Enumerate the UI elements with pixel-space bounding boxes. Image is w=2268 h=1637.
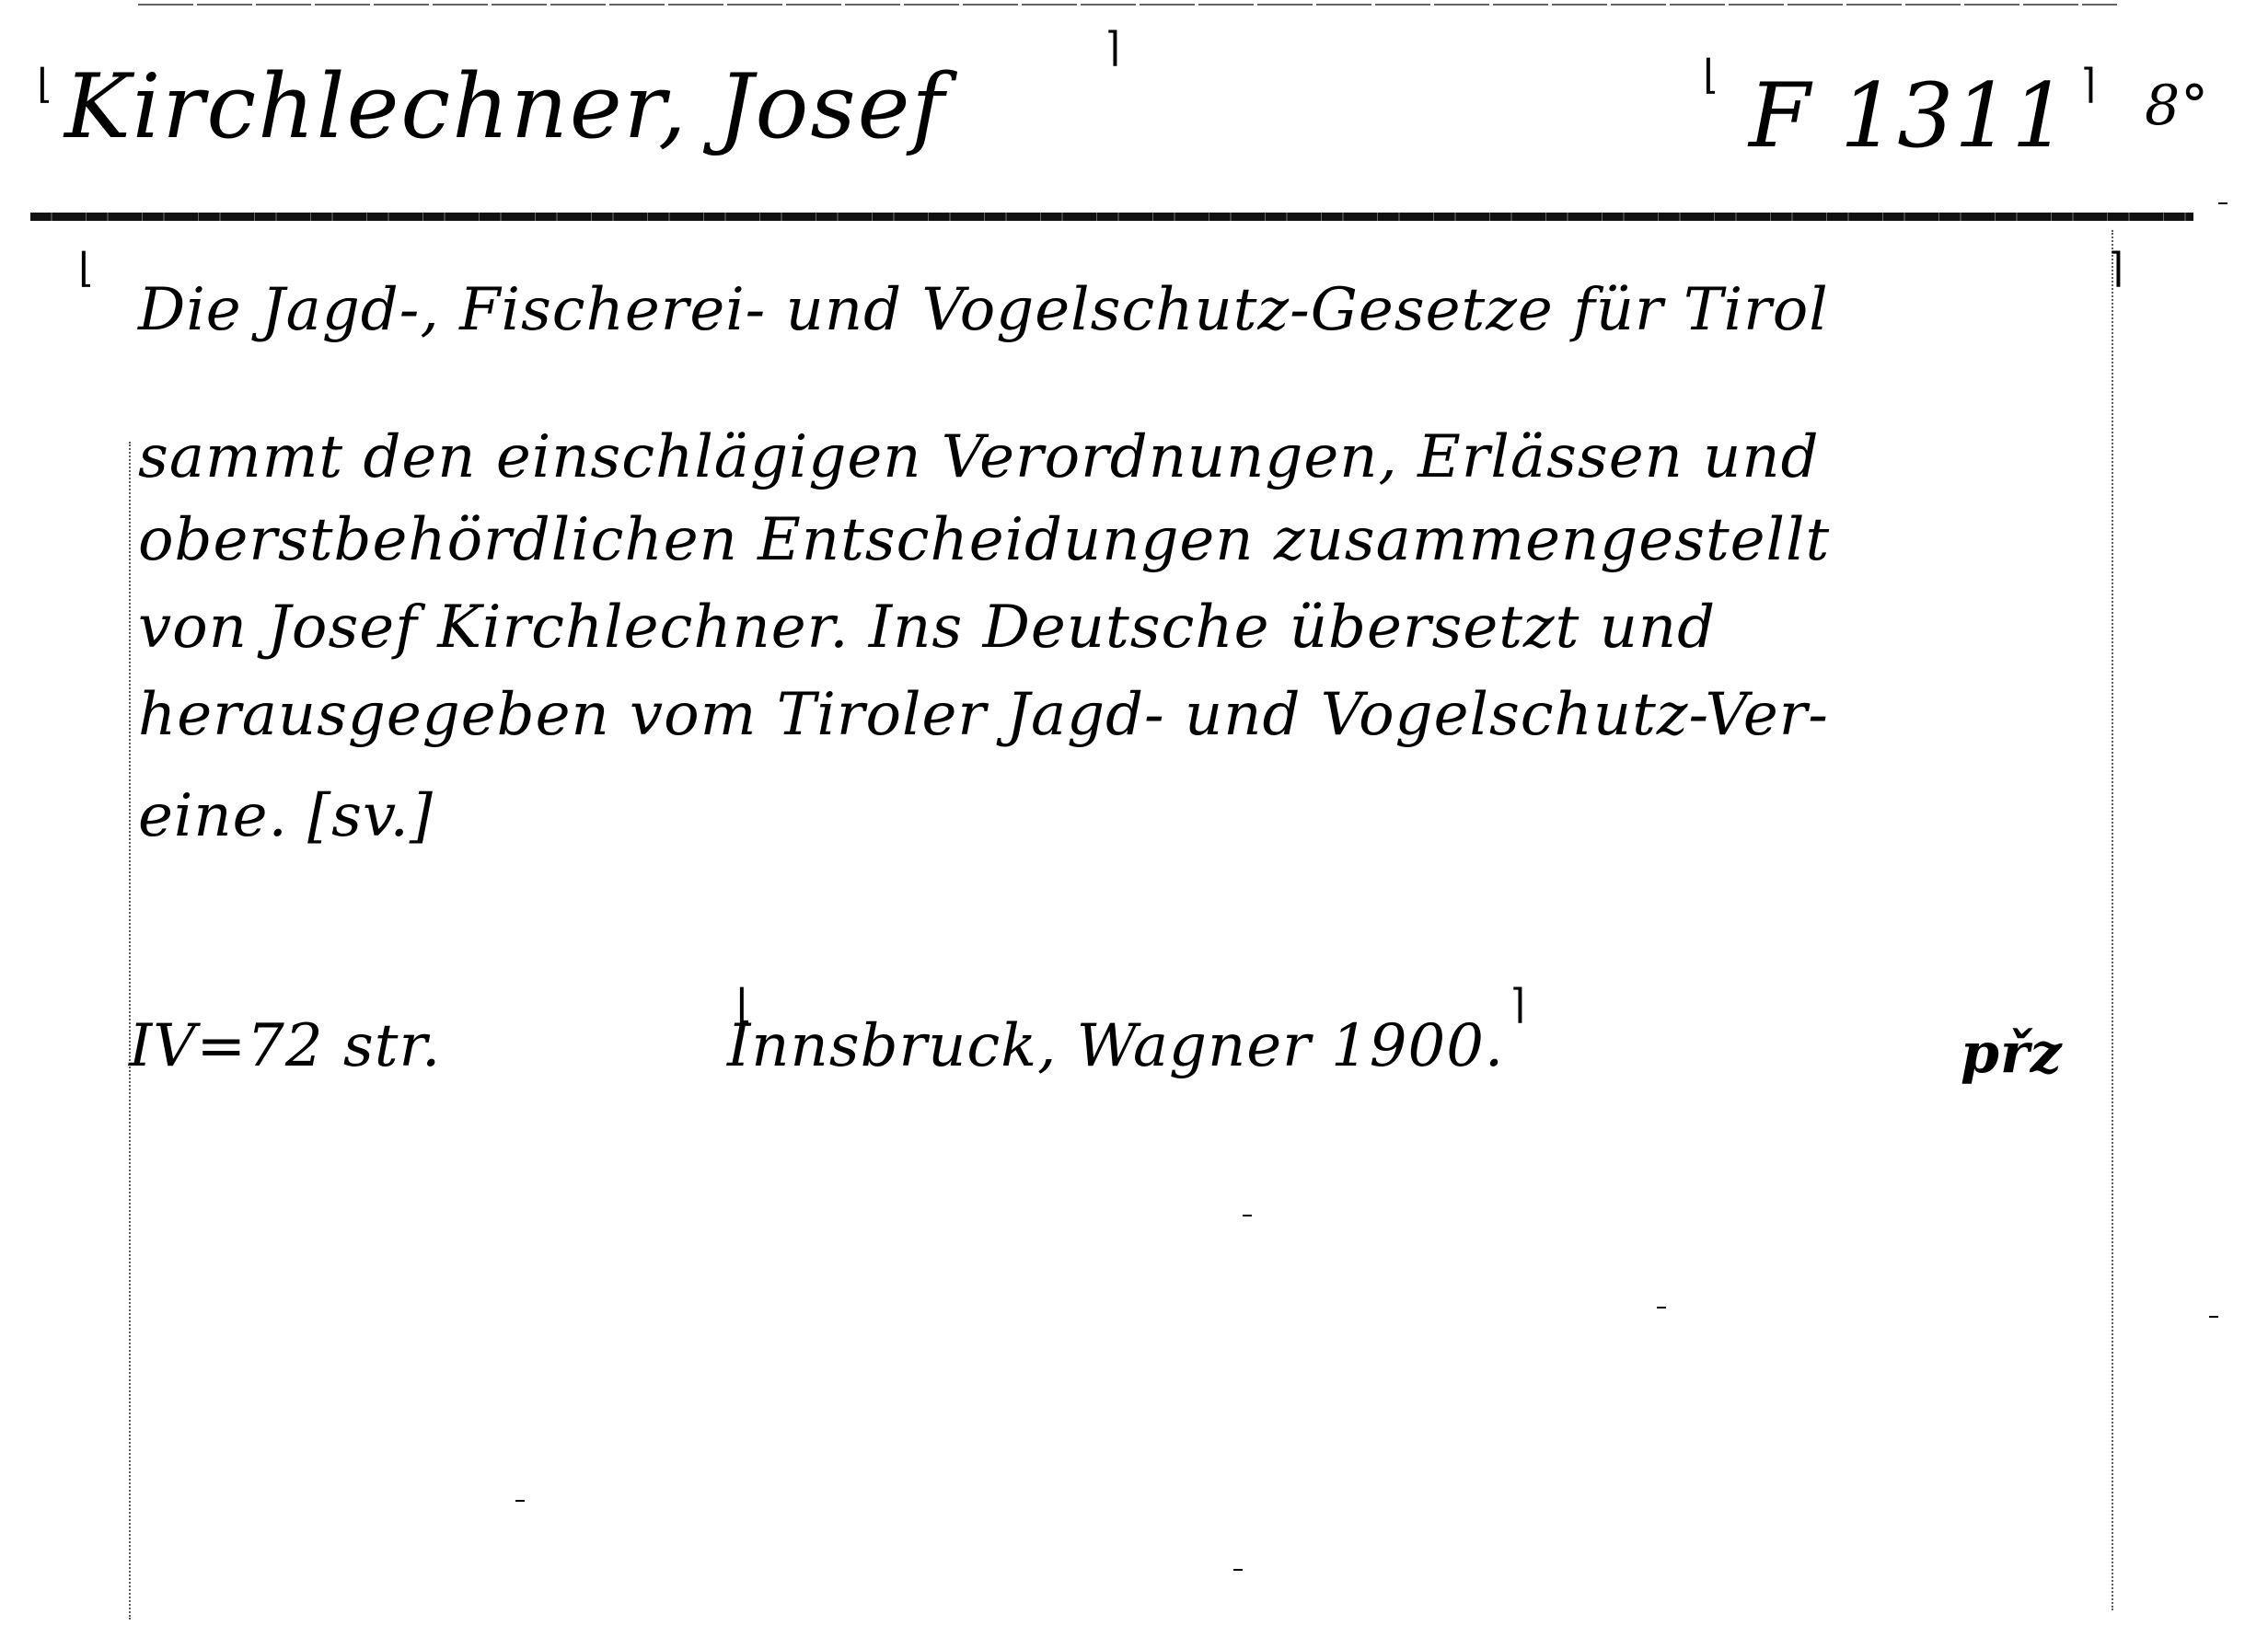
imprint-publisher: Wagner (1077, 1012, 1312, 1080)
format-size: 8° (2145, 74, 2209, 138)
scan-speck (2209, 1316, 2218, 1318)
title-line-3: oberstbehördlichen Entscheidungen zusamm… (138, 506, 1830, 574)
title-line-6: eine. [sv.] (138, 782, 434, 850)
close-bracket-mark: ⌉ (2080, 64, 2096, 105)
right-margin-dots (2112, 230, 2113, 1610)
imprint: Innsbruck, Wagner 1900. (727, 1012, 1504, 1080)
catalog-card: ⌊ Kirchlechner, Josef ⌉ ⌊ F 1311 ⌉ 8° ⌊ … (0, 0, 2268, 1637)
imprint-place: Innsbruck, (727, 1012, 1057, 1080)
top-border-rule (138, 4, 2117, 6)
open-bracket-mark: ⌊ (78, 248, 94, 289)
scan-speck (1243, 1215, 1252, 1216)
open-bracket-mark: ⌊ (1703, 55, 1718, 96)
author-heading: Kirchlechner, Josef (64, 55, 946, 158)
imprint-year: 1900. (1331, 1012, 1504, 1080)
scan-speck (515, 1500, 525, 1502)
shelfmark: F 1311 (1749, 64, 2068, 167)
title-line-4: von Josef Kirchlechner. Ins Deutsche übe… (138, 594, 1716, 662)
scan-speck (1657, 1307, 1666, 1308)
close-bracket-mark: ⌉ (1105, 28, 1120, 68)
close-bracket-mark: ⌉ (2108, 248, 2123, 289)
collation-pages: IV=72 str. (129, 1012, 441, 1080)
title-line-2: sammt den einschlägigen Verordnungen, Er… (138, 423, 1820, 491)
cataloger-initials: přz (1961, 1021, 2063, 1086)
scan-speck (2218, 202, 2227, 204)
title-line-1: Die Jagd-, Fischerei- und Vogelschutz-Ge… (138, 276, 1829, 344)
header-divider-rule (30, 213, 2193, 221)
title-line-5: herausgegeben vom Tiroler Jagd- und Voge… (138, 681, 1829, 749)
open-bracket-mark: ⌊ (37, 64, 52, 105)
close-bracket-mark: ⌉ (1510, 985, 1525, 1025)
scan-speck (1233, 1569, 1243, 1571)
